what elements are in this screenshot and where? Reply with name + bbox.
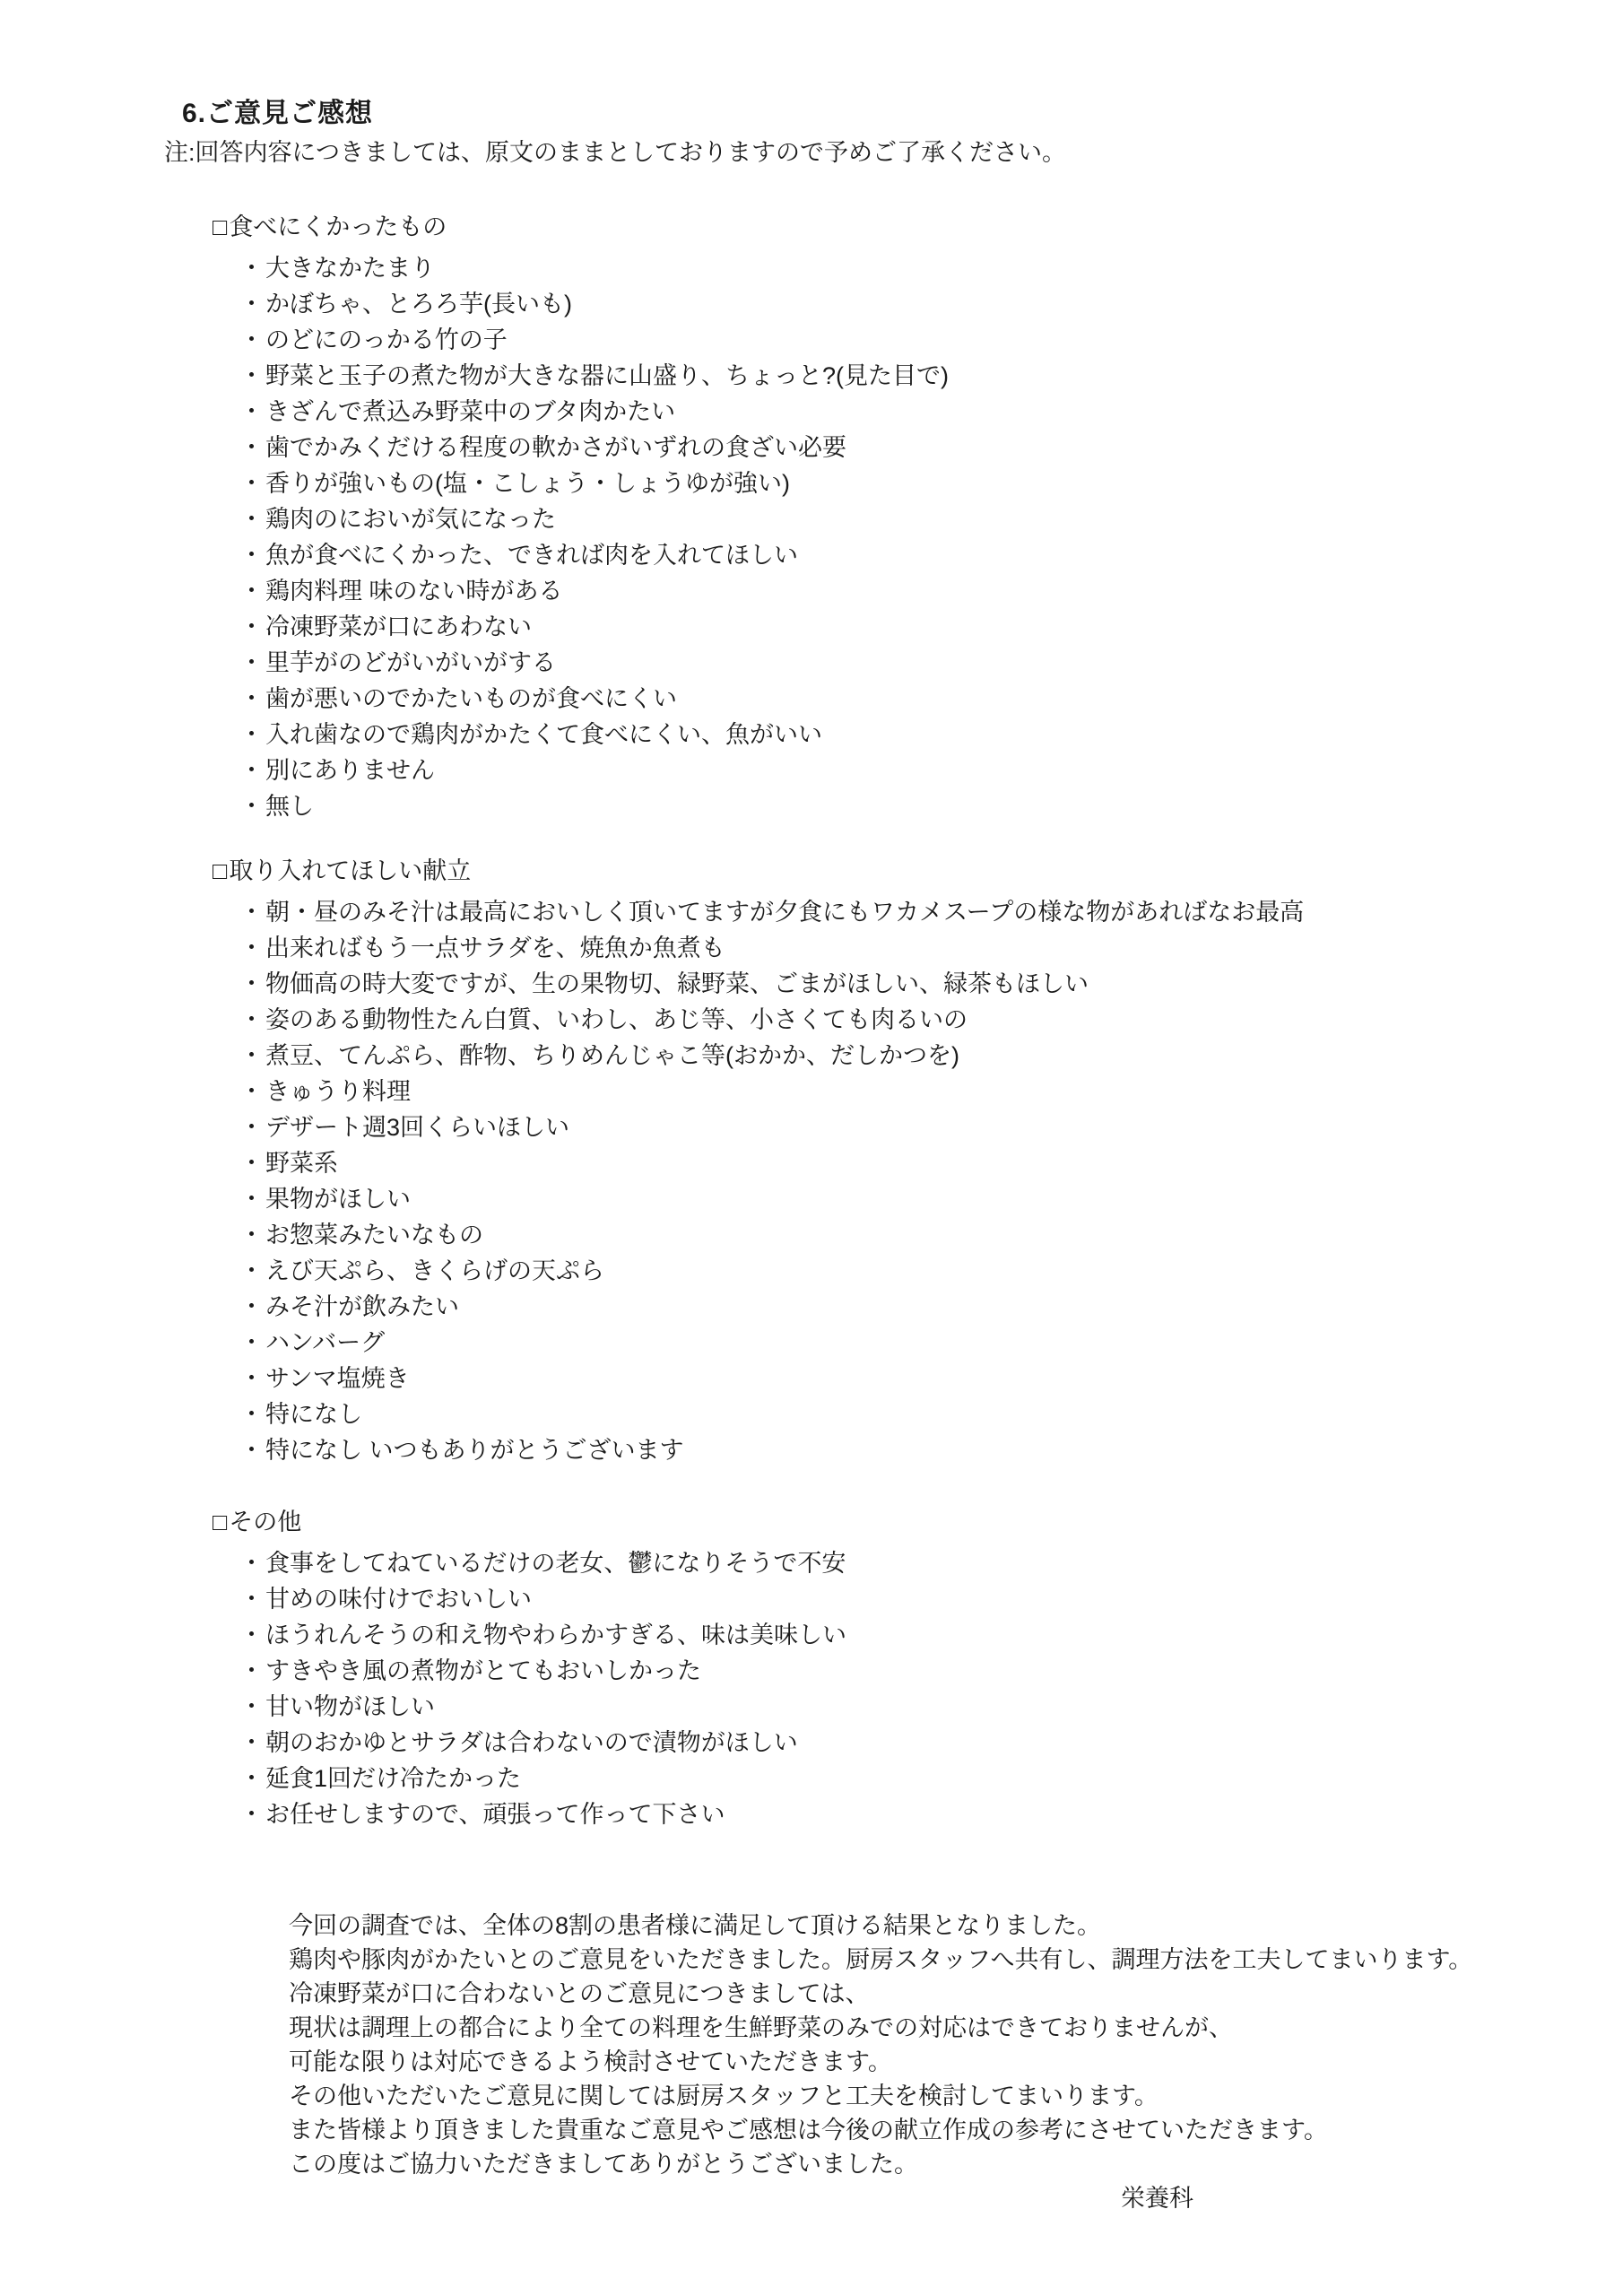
closing-line: この度はご協力いただきましてありがとうございました。 (289, 2147, 1623, 2181)
comment-item: ・デザート週3回くらいほしい (239, 1109, 1623, 1145)
comment-text: 鶏肉料理 味のない時がある (265, 578, 563, 604)
comment-item: ・魚が食べにくかった、できれば肉を入れてほしい (239, 537, 1623, 573)
bullet-icon: ・ (239, 613, 264, 640)
comment-text: すきやき風の煮物がとてもおいしかった (265, 1657, 701, 1684)
comment-item: ・入れ歯なので鶏肉がかたくて食べにくい、魚がいい (239, 717, 1623, 752)
comment-text: 冷凍野菜が口にあわない (265, 613, 532, 640)
section-title: その他 (229, 1509, 301, 1535)
comment-list: ・朝・昼のみそ汁は最高においしく頂いてますが夕食にもワカメスープの様な物があれば… (0, 894, 1623, 1468)
bullet-icon: ・ (239, 1186, 264, 1213)
comment-text: 朝・昼のみそ汁は最高においしく頂いてますが夕食にもワカメスープの様な物があればな… (265, 899, 1304, 926)
section-hard-to-eat: □食べにくかったもの ・大きなかたまり ・かぼちゃ、とろろ芋(長いも) ・のどに… (0, 209, 1623, 824)
comment-text: 特になし いつもありがとうございます (265, 1437, 684, 1464)
comment-item: ・果物がほしい (239, 1181, 1623, 1217)
comment-list: ・大きなかたまり ・かぼちゃ、とろろ芋(長いも) ・のどにのっかる竹の子 ・野菜… (0, 250, 1623, 824)
comment-item: ・鶏肉料理 味のない時がある (239, 573, 1623, 609)
bullet-icon: ・ (239, 1801, 264, 1828)
bullet-icon: ・ (239, 1586, 264, 1613)
bullet-icon: ・ (239, 1042, 264, 1069)
bullet-icon: ・ (239, 362, 264, 389)
bullet-icon: ・ (239, 434, 264, 461)
comment-item: ・甘い物がほしい (239, 1689, 1623, 1725)
bullet-icon: ・ (239, 899, 264, 926)
comment-item: ・歯でかみくだける程度の軟かさがいずれの食ざい必要 (239, 430, 1623, 465)
bullet-icon: ・ (239, 757, 264, 784)
document-page: 6.ご意見ご感想 注:回答内容につきましては、原文のままとしておりますので予めご… (0, 0, 1623, 2296)
comment-text: お任せしますので、頑張って作って下さい (265, 1801, 725, 1828)
bullet-icon: ・ (239, 1114, 264, 1141)
comment-text: 朝のおかゆとサラダは合わないので漬物がほしい (265, 1729, 798, 1756)
section-requested-menu: □取り入れてほしい献立 ・朝・昼のみそ汁は最高においしく頂いてますが夕食にもワカ… (0, 853, 1623, 1468)
closing-line: 可能な限りは対応できるよう検討させていただきます。 (289, 2045, 1623, 2079)
section-header: □食べにくかったもの (213, 209, 1623, 245)
bullet-icon: ・ (239, 1729, 264, 1756)
bullet-icon: ・ (239, 1622, 264, 1648)
comment-item: ・無し (239, 788, 1623, 824)
bullet-icon: ・ (239, 1257, 264, 1284)
comment-item: ・お任せしますので、頑張って作って下さい (239, 1796, 1623, 1832)
signature: 栄養科 (1121, 2181, 1623, 2215)
comment-text: 里芋がのどがいがいがする (265, 649, 556, 676)
bullet-icon: ・ (239, 1437, 264, 1464)
comment-item: ・朝・昼のみそ汁は最高においしく頂いてますが夕食にもワカメスープの様な物があれば… (239, 894, 1623, 930)
checkbox-icon: □ (213, 1509, 227, 1535)
bullet-icon: ・ (239, 1150, 264, 1177)
comment-item: ・ハンバーグ (239, 1325, 1623, 1361)
comment-item: ・みそ汁が飲みたい (239, 1289, 1623, 1325)
comment-item: ・延食1回だけ冷たかった (239, 1761, 1623, 1796)
comment-text: 果物がほしい (265, 1186, 411, 1213)
comment-item: ・里芋がのどがいがいがする (239, 645, 1623, 681)
closing-paragraph: 今回の調査では、全体の8割の患者様に満足して頂ける結果となりました。 鶏肉や豚肉… (289, 1909, 1623, 2181)
comment-text: きざんで煮込み野菜中のブタ肉かたい (265, 398, 675, 425)
bullet-icon: ・ (239, 255, 264, 282)
comment-text: ハンバーグ (265, 1329, 385, 1356)
comment-item: ・歯が悪いのでかたいものが食べにくい (239, 681, 1623, 717)
comment-item: ・食事をしてねているだけの老女、鬱になりそうで不安 (239, 1545, 1623, 1581)
comment-text: 延食1回だけ冷たかった (265, 1765, 521, 1792)
bullet-icon: ・ (239, 1006, 264, 1033)
bullet-icon: ・ (239, 1365, 264, 1392)
bullet-icon: ・ (239, 1222, 264, 1248)
comment-text: 歯が悪いのでかたいものが食べにくい (265, 685, 677, 712)
comment-item: ・別にありません (239, 752, 1623, 788)
comment-text: 出来ればもう一点サラダを、焼魚か魚煮も (265, 935, 725, 961)
comment-text: かぼちゃ、とろろ芋(長いも) (265, 291, 572, 317)
comment-text: ほうれんそうの和え物やわらかすぎる、味は美味しい (265, 1622, 846, 1648)
comment-text: 別にありません (265, 757, 435, 784)
bullet-icon: ・ (239, 470, 264, 497)
comment-text: 歯でかみくだける程度の軟かさがいずれの食ざい必要 (265, 434, 846, 461)
closing-line: 現状は調理上の都合により全ての料理を生鮮野菜のみでの対応はできておりませんが、 (289, 2011, 1623, 2045)
comment-item: ・大きなかたまり (239, 250, 1623, 286)
comment-list: ・食事をしてねているだけの老女、鬱になりそうで不安 ・甘めの味付けでおいしい ・… (0, 1545, 1623, 1832)
bullet-icon: ・ (239, 291, 264, 317)
page-title: 6.ご意見ご感想 (182, 99, 1623, 129)
bullet-icon: ・ (239, 326, 264, 353)
bullet-icon: ・ (239, 935, 264, 961)
comment-text: 特になし (265, 1401, 362, 1428)
comment-item: ・特になし (239, 1396, 1623, 1432)
section-title: 取り入れてほしい献立 (229, 857, 471, 884)
section-other: □その他 ・食事をしてねているだけの老女、鬱になりそうで不安 ・甘めの味付けでお… (0, 1504, 1623, 1832)
comment-item: ・サンマ塩焼き (239, 1361, 1623, 1396)
bullet-icon: ・ (239, 685, 264, 712)
comment-item: ・香りが強いもの(塩・こしょう・しょうゆが強い) (239, 465, 1623, 501)
bullet-icon: ・ (239, 398, 264, 425)
bullet-icon: ・ (239, 793, 264, 820)
bullet-icon: ・ (239, 578, 264, 604)
bullet-icon: ・ (239, 721, 264, 748)
bullet-icon: ・ (239, 649, 264, 676)
comment-text: のどにのっかる竹の子 (265, 326, 508, 353)
comment-text: 野菜系 (265, 1150, 338, 1177)
comment-item: ・のどにのっかる竹の子 (239, 322, 1623, 358)
comment-text: 無し (265, 793, 314, 820)
bullet-icon: ・ (239, 542, 264, 569)
comment-item: ・えび天ぷら、きくらげの天ぷら (239, 1253, 1623, 1289)
comment-text: 入れ歯なので鶏肉がかたくて食べにくい、魚がいい (265, 721, 822, 748)
comment-item: ・鶏肉のにおいが気になった (239, 501, 1623, 537)
comment-text: えび天ぷら、きくらげの天ぷら (265, 1257, 604, 1284)
comment-text: 魚が食べにくかった、できれば肉を入れてほしい (265, 542, 798, 569)
bullet-icon: ・ (239, 1550, 264, 1577)
comment-item: ・すきやき風の煮物がとてもおいしかった (239, 1653, 1623, 1689)
comment-item: ・お惣菜みたいなもの (239, 1217, 1623, 1253)
comment-text: みそ汁が飲みたい (265, 1293, 459, 1320)
comment-text: 煮豆、てんぷら、酢物、ちりめんじゃこ等(おかか、だしかつを) (265, 1042, 959, 1069)
section-header: □その他 (213, 1504, 1623, 1540)
comment-item: ・甘めの味付けでおいしい (239, 1581, 1623, 1617)
comment-item: ・朝のおかゆとサラダは合わないので漬物がほしい (239, 1725, 1623, 1761)
comment-item: ・出来ればもう一点サラダを、焼魚か魚煮も (239, 930, 1623, 966)
closing-line: 冷凍野菜が口に合わないとのご意見につきましては、 (289, 1977, 1623, 2011)
closing-line: その他いただいたご意見に関しては厨房スタッフと工夫を検討してまいります。 (289, 2079, 1623, 2113)
comment-item: ・ほうれんそうの和え物やわらかすぎる、味は美味しい (239, 1617, 1623, 1653)
comment-item: ・野菜と玉子の煮た物が大きな器に山盛り、ちょっと?(見た目で) (239, 358, 1623, 394)
bullet-icon: ・ (239, 970, 264, 997)
comment-text: デザート週3回くらいほしい (265, 1114, 569, 1141)
comment-text: 甘い物がほしい (265, 1693, 435, 1720)
note-line: 注:回答内容につきましては、原文のままとしておりますので予めご了承ください。 (164, 137, 1623, 168)
comment-item: ・きざんで煮込み野菜中のブタ肉かたい (239, 394, 1623, 430)
bullet-icon: ・ (239, 1329, 264, 1356)
closing-line: また皆様より頂きました貴重なご意見やご感想は今後の献立作成の参考にさせていただき… (289, 2113, 1623, 2147)
bullet-icon: ・ (239, 1401, 264, 1428)
checkbox-icon: □ (213, 213, 227, 240)
comment-item: ・物価高の時大変ですが、生の果物切、緑野菜、ごまがほしい、緑茶もほしい (239, 966, 1623, 1002)
comment-text: 物価高の時大変ですが、生の果物切、緑野菜、ごまがほしい、緑茶もほしい (265, 970, 1089, 997)
comment-text: お惣菜みたいなもの (265, 1222, 483, 1248)
comment-text: 大きなかたまり (265, 255, 435, 282)
bullet-icon: ・ (239, 1078, 264, 1105)
closing-line: 今回の調査では、全体の8割の患者様に満足して頂ける結果となりました。 (289, 1909, 1623, 1943)
bullet-icon: ・ (239, 1657, 264, 1684)
comment-text: 姿のある動物性たん白質、いわし、あじ等、小さくても肉るいの (265, 1006, 968, 1033)
comment-item: ・煮豆、てんぷら、酢物、ちりめんじゃこ等(おかか、だしかつを) (239, 1038, 1623, 1074)
closing-line: 鶏肉や豚肉がかたいとのご意見をいただきました。厨房スタッフへ共有し、調理方法を工… (289, 1943, 1623, 1977)
bullet-icon: ・ (239, 1293, 264, 1320)
comment-text: 鶏肉のにおいが気になった (265, 506, 556, 533)
section-title: 食べにくかったもの (229, 213, 447, 240)
comment-item: ・きゅうり料理 (239, 1074, 1623, 1109)
comment-item: ・かぼちゃ、とろろ芋(長いも) (239, 286, 1623, 322)
comment-text: 香りが強いもの(塩・こしょう・しょうゆが強い) (265, 470, 790, 497)
section-header: □取り入れてほしい献立 (213, 853, 1623, 889)
comment-item: ・野菜系 (239, 1145, 1623, 1181)
comment-text: 甘めの味付けでおいしい (265, 1586, 532, 1613)
comment-item: ・姿のある動物性たん白質、いわし、あじ等、小さくても肉るいの (239, 1002, 1623, 1038)
checkbox-icon: □ (213, 857, 227, 884)
comment-text: 食事をしてねているだけの老女、鬱になりそうで不安 (265, 1550, 846, 1577)
comment-text: サンマ塩焼き (265, 1365, 410, 1392)
comment-text: 野菜と玉子の煮た物が大きな器に山盛り、ちょっと?(見た目で) (265, 362, 949, 389)
bullet-icon: ・ (239, 1765, 264, 1792)
bullet-icon: ・ (239, 506, 264, 533)
comment-item: ・特になし いつもありがとうございます (239, 1432, 1623, 1468)
bullet-icon: ・ (239, 1693, 264, 1720)
comment-text: きゅうり料理 (265, 1078, 411, 1105)
comment-item: ・冷凍野菜が口にあわない (239, 609, 1623, 645)
